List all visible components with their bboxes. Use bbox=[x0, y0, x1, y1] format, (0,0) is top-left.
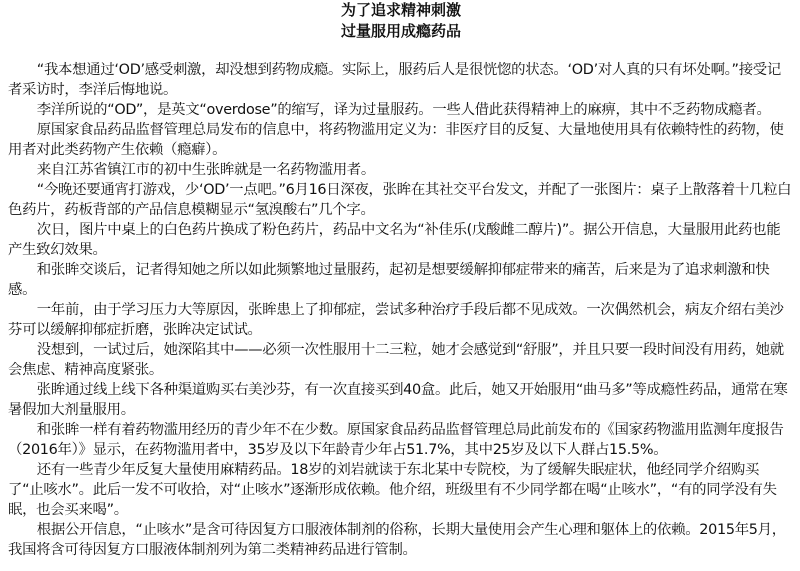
article-title-line-1: 为了追求精神刺激 bbox=[8, 0, 794, 21]
paragraph: 和张眸交谈后，记者得知她之所以如此频繁地过量服药，起初是想要缓解抑郁症带来的痛苦… bbox=[8, 260, 794, 300]
paragraph: 次日，图片中桌上的白色药片换成了粉色药片，药品中文名为“补佳乐(戊酸雌二醇片)”… bbox=[8, 220, 794, 260]
paragraph: 和张眸一样有着药物滥用经历的青少年不在少数。原国家食品药品监督管理总局此前发布的… bbox=[8, 420, 794, 460]
paragraph: 还有一些青少年反复大量使用麻精药品。18岁的刘岩就读于东北某中专院校，为了缓解失… bbox=[8, 460, 794, 520]
paragraph: 来自江苏省镇江市的初中生张眸就是一名药物滥用者。 bbox=[8, 160, 794, 180]
article-body: “我本想通过‘OD’感受刺激，却没想到药物成瘾。实际上，服药后人是很恍惚的状态。… bbox=[8, 60, 794, 560]
paragraph: 一年前，由于学习压力大等原因，张眸患上了抑郁症，尝试多种治疗手段后都不见成效。一… bbox=[8, 300, 794, 340]
paragraph: 张眸通过线上线下各种渠道购买右美沙芬，有一次直接买到40盒。此后，她又开始服用“… bbox=[8, 380, 794, 420]
paragraph: “我本想通过‘OD’感受刺激，却没想到药物成瘾。实际上，服药后人是很恍惚的状态。… bbox=[8, 60, 794, 100]
article-header: 为了追求精神刺激 过量服用成瘾药品 bbox=[8, 0, 794, 42]
paragraph: 李洋所说的“OD”，是英文“overdose”的缩写，译为过量服药。一些人借此获… bbox=[8, 100, 794, 120]
paragraph: 原国家食品药品监督管理总局发布的信息中，将药物滥用定义为：非医疗目的反复、大量地… bbox=[8, 120, 794, 160]
article-title-line-2: 过量服用成瘾药品 bbox=[8, 21, 794, 42]
paragraph: 没想到，一试过后，她深陷其中——必须一次性服用十二三粒，她才会感觉到“舒服”，并… bbox=[8, 340, 794, 380]
paragraph: 根据公开信息，“止咳水”是含可待因复方口服液体制剂的俗称，长期大量使用会产生心理… bbox=[8, 520, 794, 560]
paragraph: “今晚还要通宵打游戏，少‘OD’一点吧。”6月16日深夜，张眸在其社交平台发文，… bbox=[8, 180, 794, 220]
article: 为了追求精神刺激 过量服用成瘾药品 “我本想通过‘OD’感受刺激，却没想到药物成… bbox=[0, 0, 800, 560]
